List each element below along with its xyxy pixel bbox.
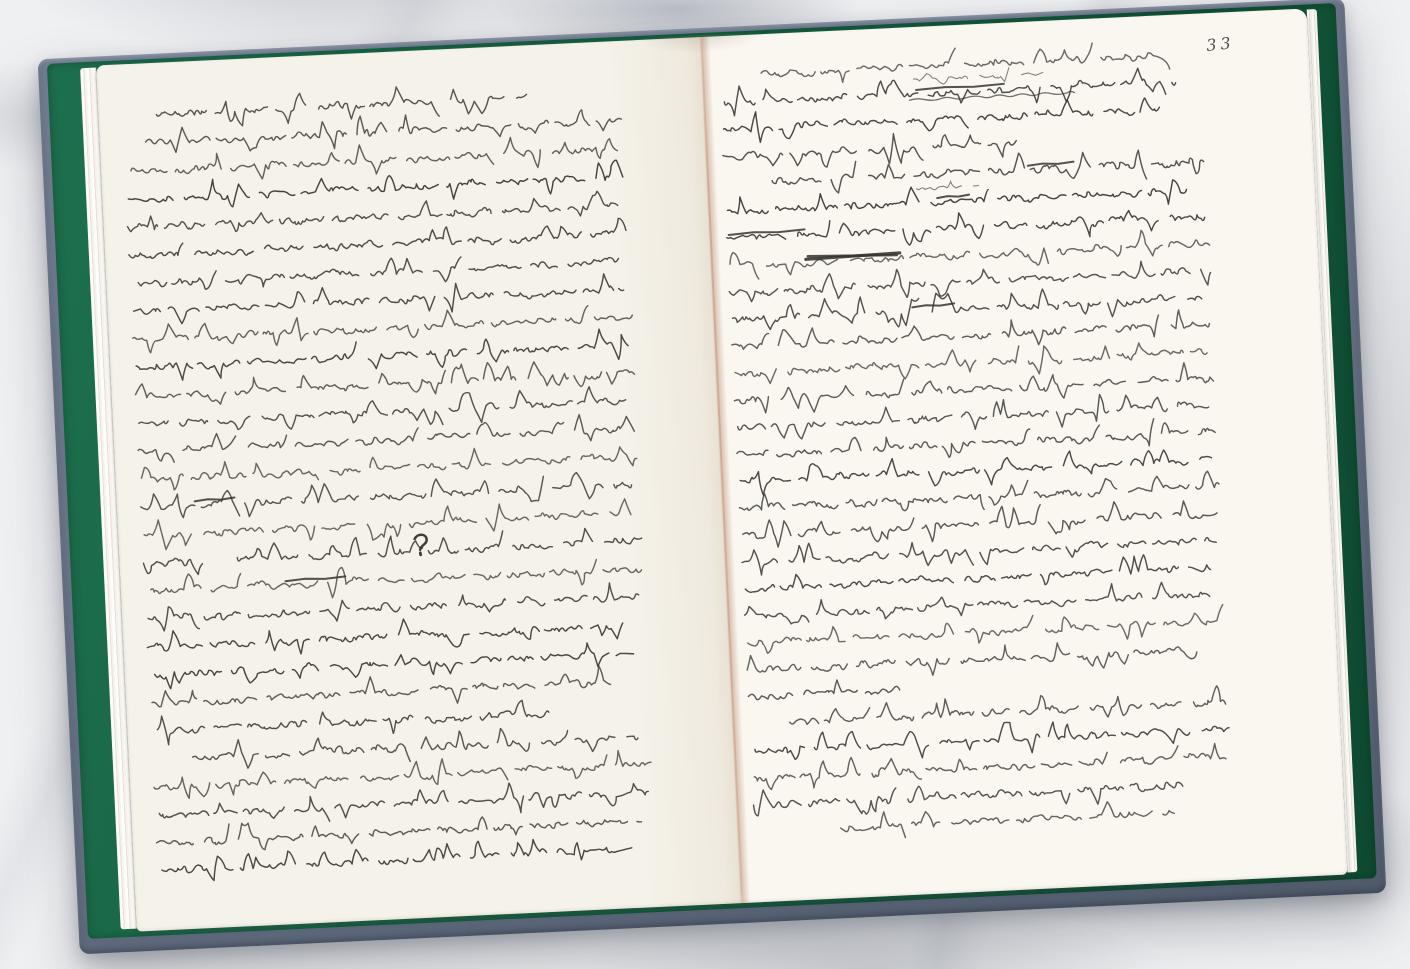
- marble-background: { "manuscript": { "description": "Open h…: [0, 0, 1410, 969]
- manuscript-handwriting-right: [701, 8, 1346, 883]
- open-pages: 33: [96, 8, 1347, 931]
- page-number: 33: [1205, 33, 1235, 55]
- book: 33: [38, 0, 1387, 954]
- manuscript-handwriting-left: [96, 37, 741, 912]
